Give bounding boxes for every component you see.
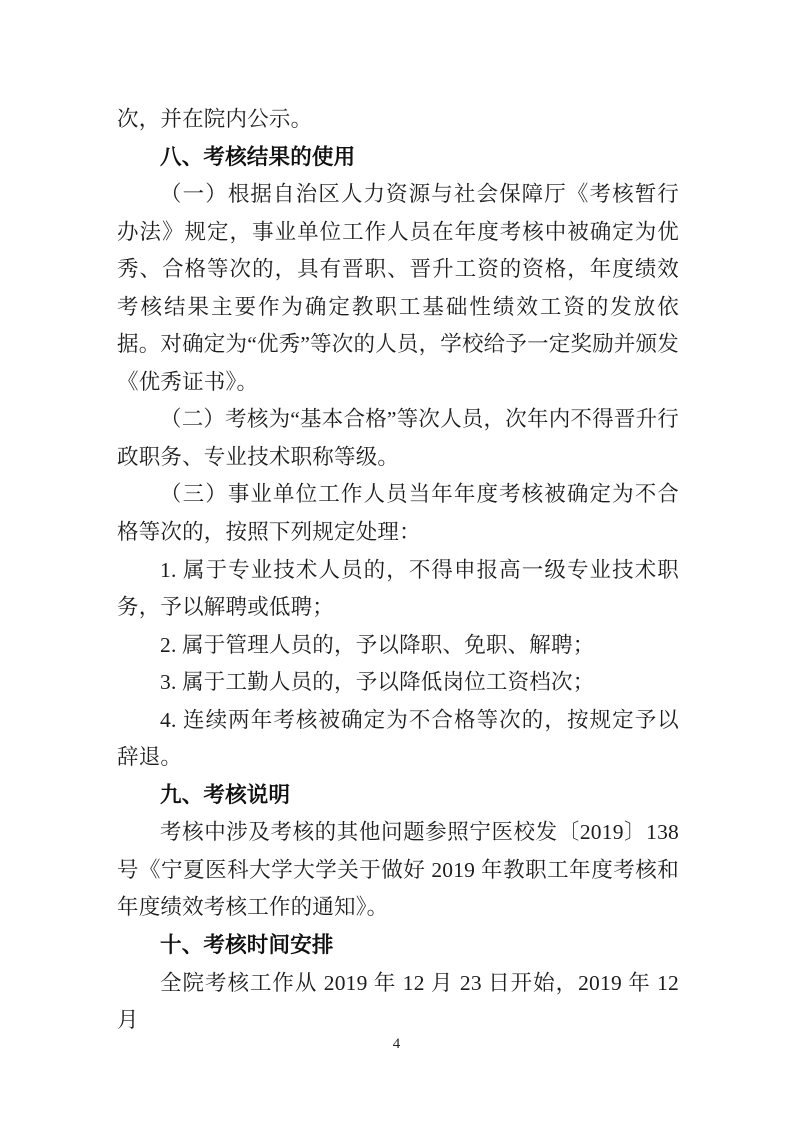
- paragraph: 考核中涉及考核的其他问题参照宁医校发〔2019〕138 号《宁夏医科大学大学关于…: [117, 814, 679, 927]
- document-page: 次，并在院内公示。八、考核结果的使用（一）根据自治区人力资源与社会保障厅《考核暂…: [0, 0, 793, 1122]
- paragraph: 4. 连续两年考核被确定为不合格等次的，按规定予以辞退。: [117, 702, 679, 777]
- paragraph: 1. 属于专业技术人员的，不得申报高一级专业技术职务，予以解聘或低聘；: [117, 552, 679, 627]
- section-heading: 九、考核说明: [117, 777, 679, 815]
- paragraph: 3. 属于工勤人员的，予以降低岗位工资档次；: [117, 664, 679, 702]
- paragraph: （一）根据自治区人力资源与社会保障厅《考核暂行办法》规定，事业单位工作人员在年度…: [117, 176, 679, 401]
- paragraph: 全院考核工作从 2019 年 12 月 23 日开始，2019 年 12 月: [117, 965, 679, 1040]
- paragraph: （三）事业单位工作人员当年年度考核被确定为不合格等次的，按照下列规定处理：: [117, 476, 679, 551]
- page-number: 4: [0, 1034, 793, 1054]
- section-heading: 十、考核时间安排: [117, 927, 679, 965]
- document-body: 次，并在院内公示。八、考核结果的使用（一）根据自治区人力资源与社会保障厅《考核暂…: [117, 101, 679, 1040]
- section-heading: 八、考核结果的使用: [117, 139, 679, 177]
- paragraph: 2. 属于管理人员的，予以降职、免职、解聘；: [117, 627, 679, 665]
- paragraph: （二）考核为“基本合格”等次人员，次年内不得晋升行政职务、专业技术职称等级。: [117, 401, 679, 476]
- paragraph: 次，并在院内公示。: [117, 101, 679, 139]
